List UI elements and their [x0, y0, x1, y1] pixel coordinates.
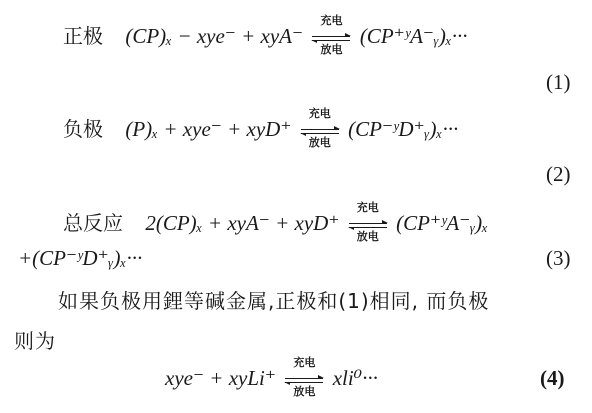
- equation-2: 负极 (P)ₓ + xye⁻ + xyD⁺ 充电 放电 (CP⁻ʸD⁺ᵧ)ₓ··…: [63, 113, 458, 142]
- equation-3-rhs: (CP⁺ʸA⁻ᵧ)ₓ: [396, 211, 488, 235]
- equilibrium-arrow-icon: 充电 放电: [283, 369, 325, 391]
- equation-1-lhs: (CP)ₓ − xye⁻ + xyA⁻: [125, 24, 303, 48]
- equation-2-lhs: (P)ₓ + xye⁻ + xyD⁺: [125, 117, 291, 141]
- equation-2-rhs: (CP⁻ʸD⁺ᵧ)ₓ···: [348, 117, 458, 141]
- equation-3-label: 总反应: [63, 211, 123, 235]
- equation-3: 总反应 2(CP)ₓ + xyA⁻ + xyD⁺ 充电 放电 (CP⁺ʸA⁻ᵧ)…: [63, 207, 488, 236]
- equation-1-rhs: (CP⁺ʸA⁻ᵧ)ₓ···: [360, 24, 468, 48]
- body-paragraph-line-2: 则为: [14, 325, 56, 354]
- equation-1-label: 正极: [63, 24, 103, 48]
- equation-4-lhs: xye⁻ + xyLi⁺: [165, 366, 276, 390]
- equation-3-number: (3): [546, 246, 571, 271]
- body-paragraph-line-1: 如果负极用鋰等碱金属,正极和(1)相同, 而负极: [58, 285, 489, 314]
- equilibrium-arrow-icon: 充电 放电: [299, 120, 341, 142]
- equation-2-number: (2): [546, 162, 571, 187]
- equation-2-label: 负极: [63, 117, 103, 141]
- equation-1-number: (1): [546, 70, 571, 95]
- equation-3-lhs: 2(CP)ₓ + xyA⁻ + xyD⁺: [145, 211, 339, 235]
- equation-1: 正极 (CP)ₓ − xye⁻ + xyA⁻ 充电 放电 (CP⁺ʸA⁻ᵧ)ₓ·…: [63, 20, 468, 49]
- equilibrium-arrow-icon: 充电 放电: [310, 27, 352, 49]
- equation-4: xye⁻ + xyLi⁺ 充电 放电 xli⁰···: [165, 366, 378, 391]
- equation-4-rhs: xli⁰···: [333, 366, 378, 390]
- equilibrium-arrow-icon: 充电 放电: [347, 214, 389, 236]
- equation-3-continuation: +(CP⁻ʸD⁺ᵧ)ₓ···: [18, 246, 142, 271]
- equation-4-number: (4): [540, 366, 565, 391]
